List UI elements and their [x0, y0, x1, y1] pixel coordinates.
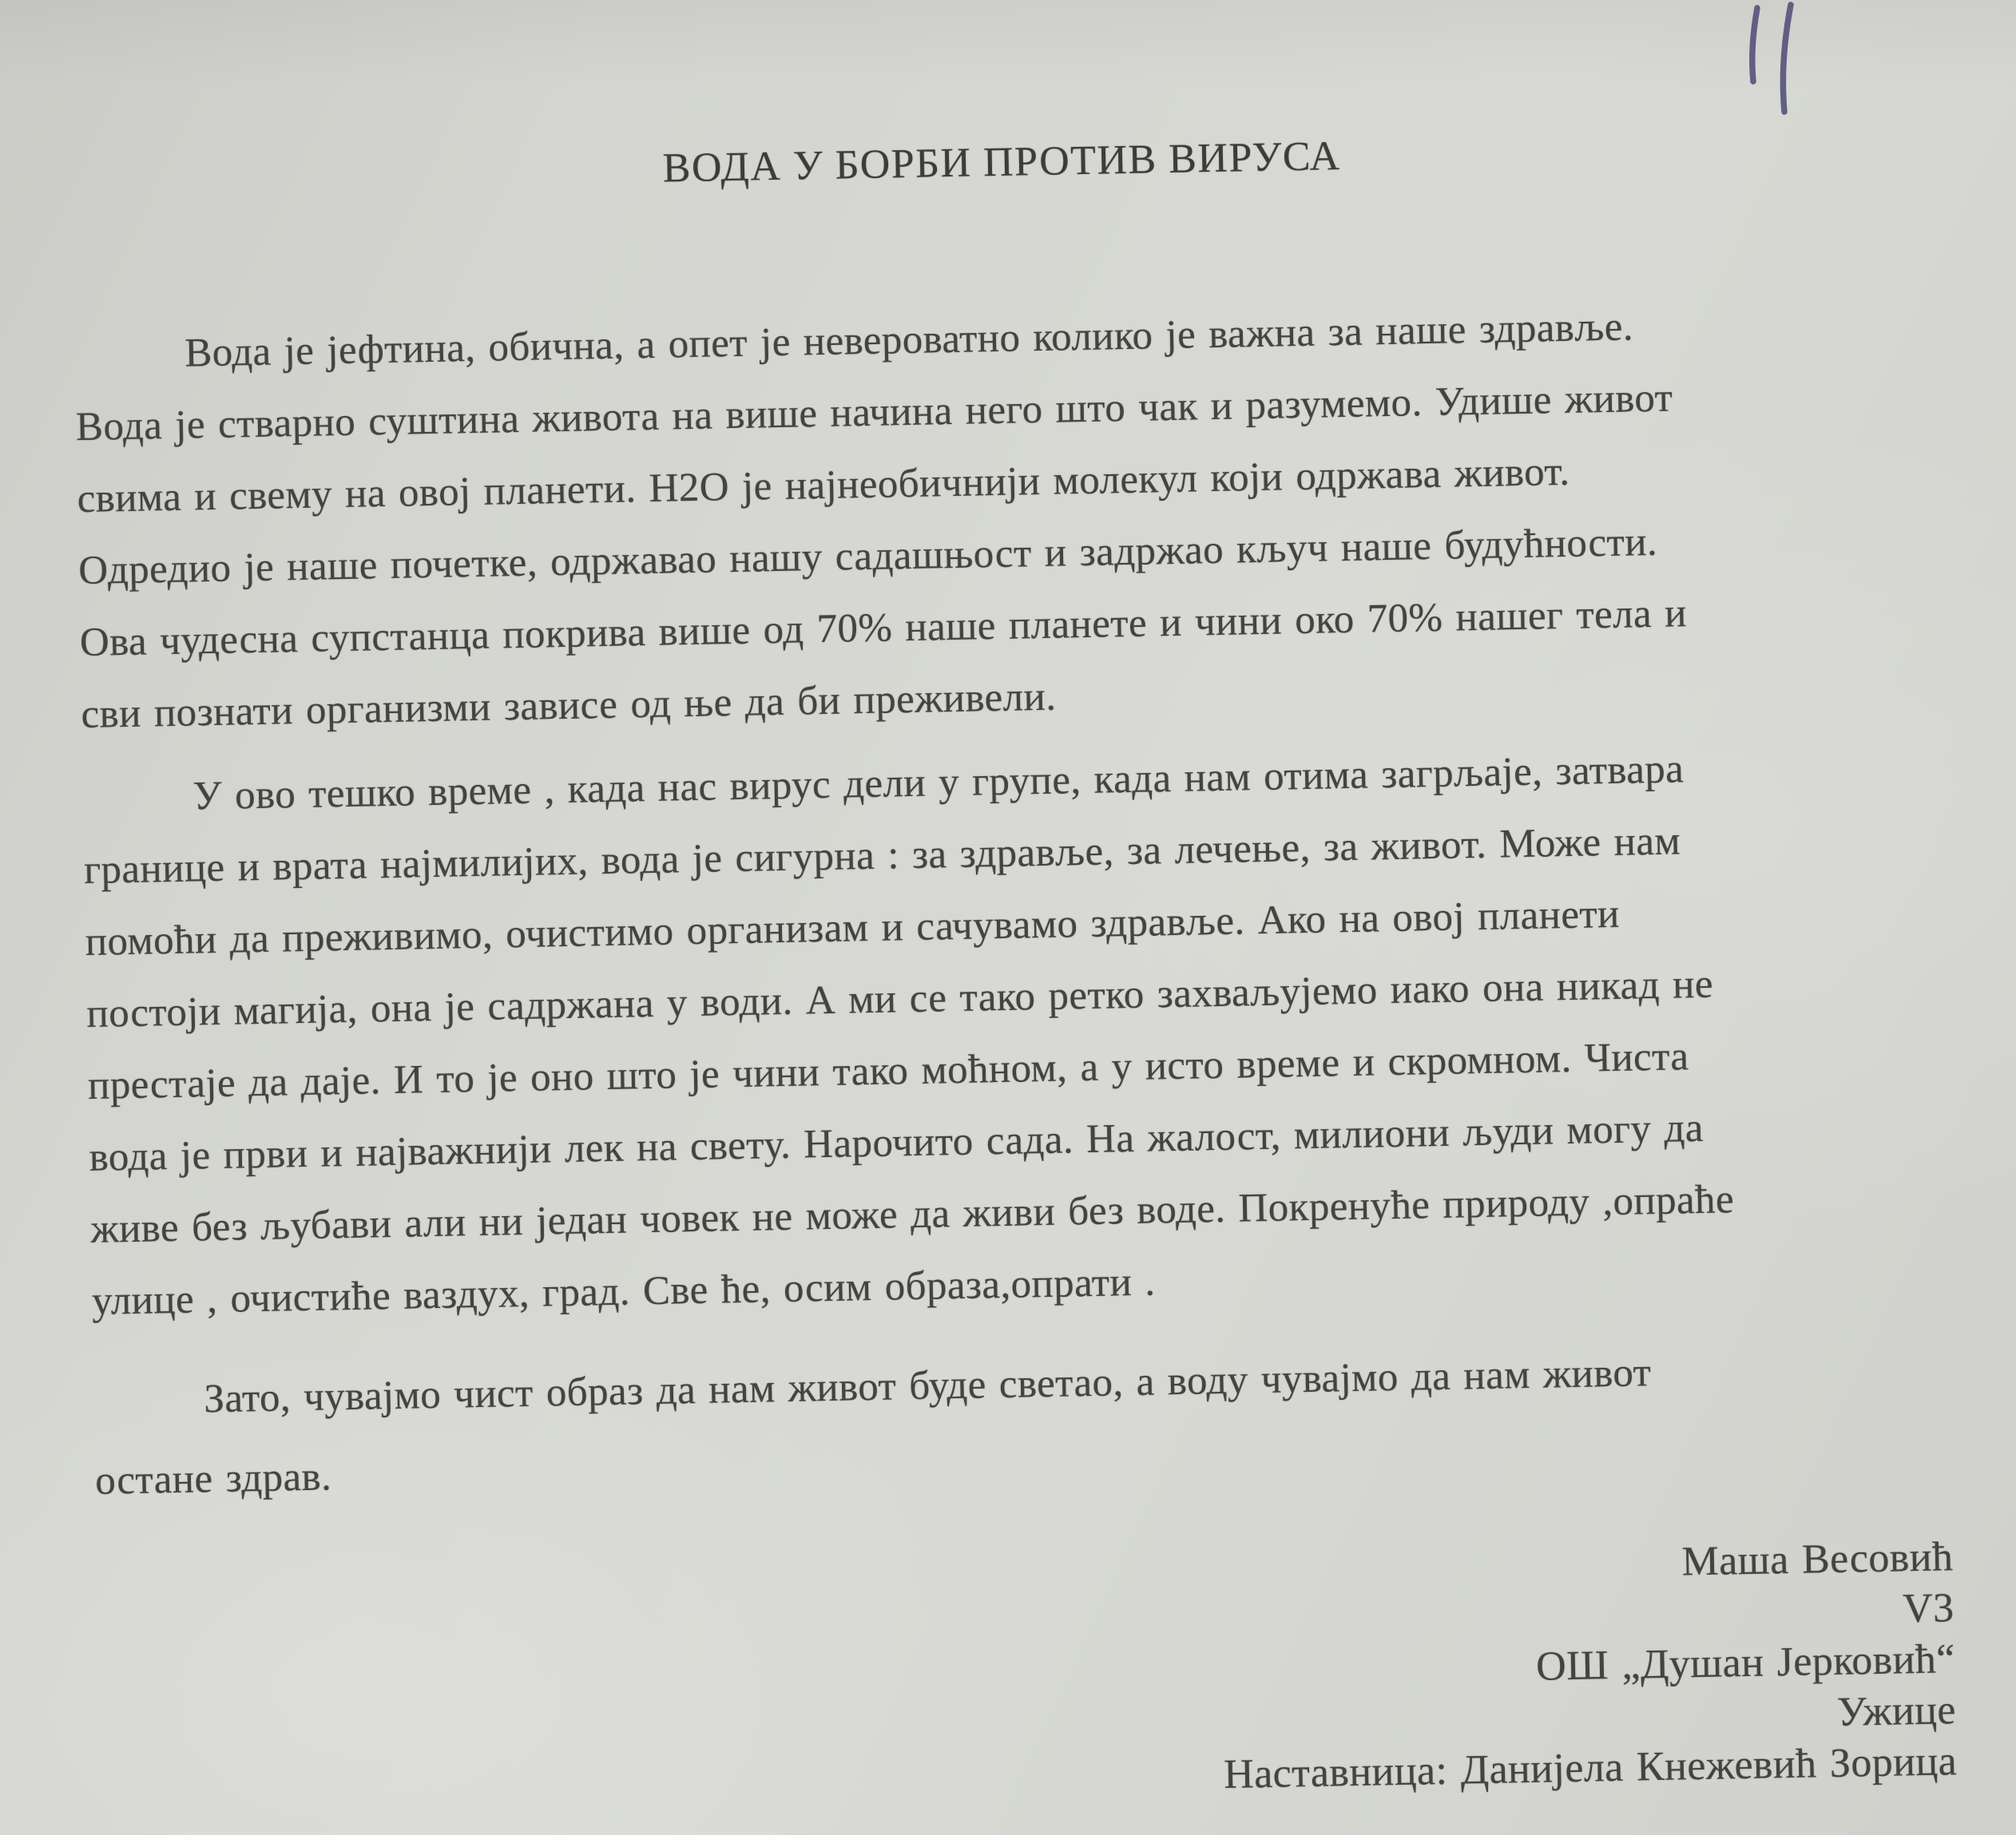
handwritten-grade-mark: 11 — [1732, 0, 1843, 136]
signature-block: Маша Весовић V3 ОШ „Душан Јерковић“ Ужиц… — [97, 1532, 1962, 1821]
paragraph-3: Зато, чувајмо чист образ да нам живот бу… — [93, 1327, 1956, 1521]
paragraph-2: У ово тешко време , када нас вирус дели … — [82, 728, 1954, 1338]
paragraph-1: Вода је јефтина, обична, а опет је невер… — [74, 285, 1943, 751]
photographed-document-page: 11 ВОДА У БОРБИ ПРОТИВ ВИРУСА Вода је је… — [0, 0, 2016, 1835]
essay-content: ВОДА У БОРБИ ПРОТИВ ВИРУСА Вода је јефти… — [71, 117, 1962, 1821]
handwritten-mark-strokes — [1732, 0, 1843, 136]
essay-title: ВОДА У БОРБИ ПРОТИВ ВИРУСА — [71, 117, 1933, 208]
